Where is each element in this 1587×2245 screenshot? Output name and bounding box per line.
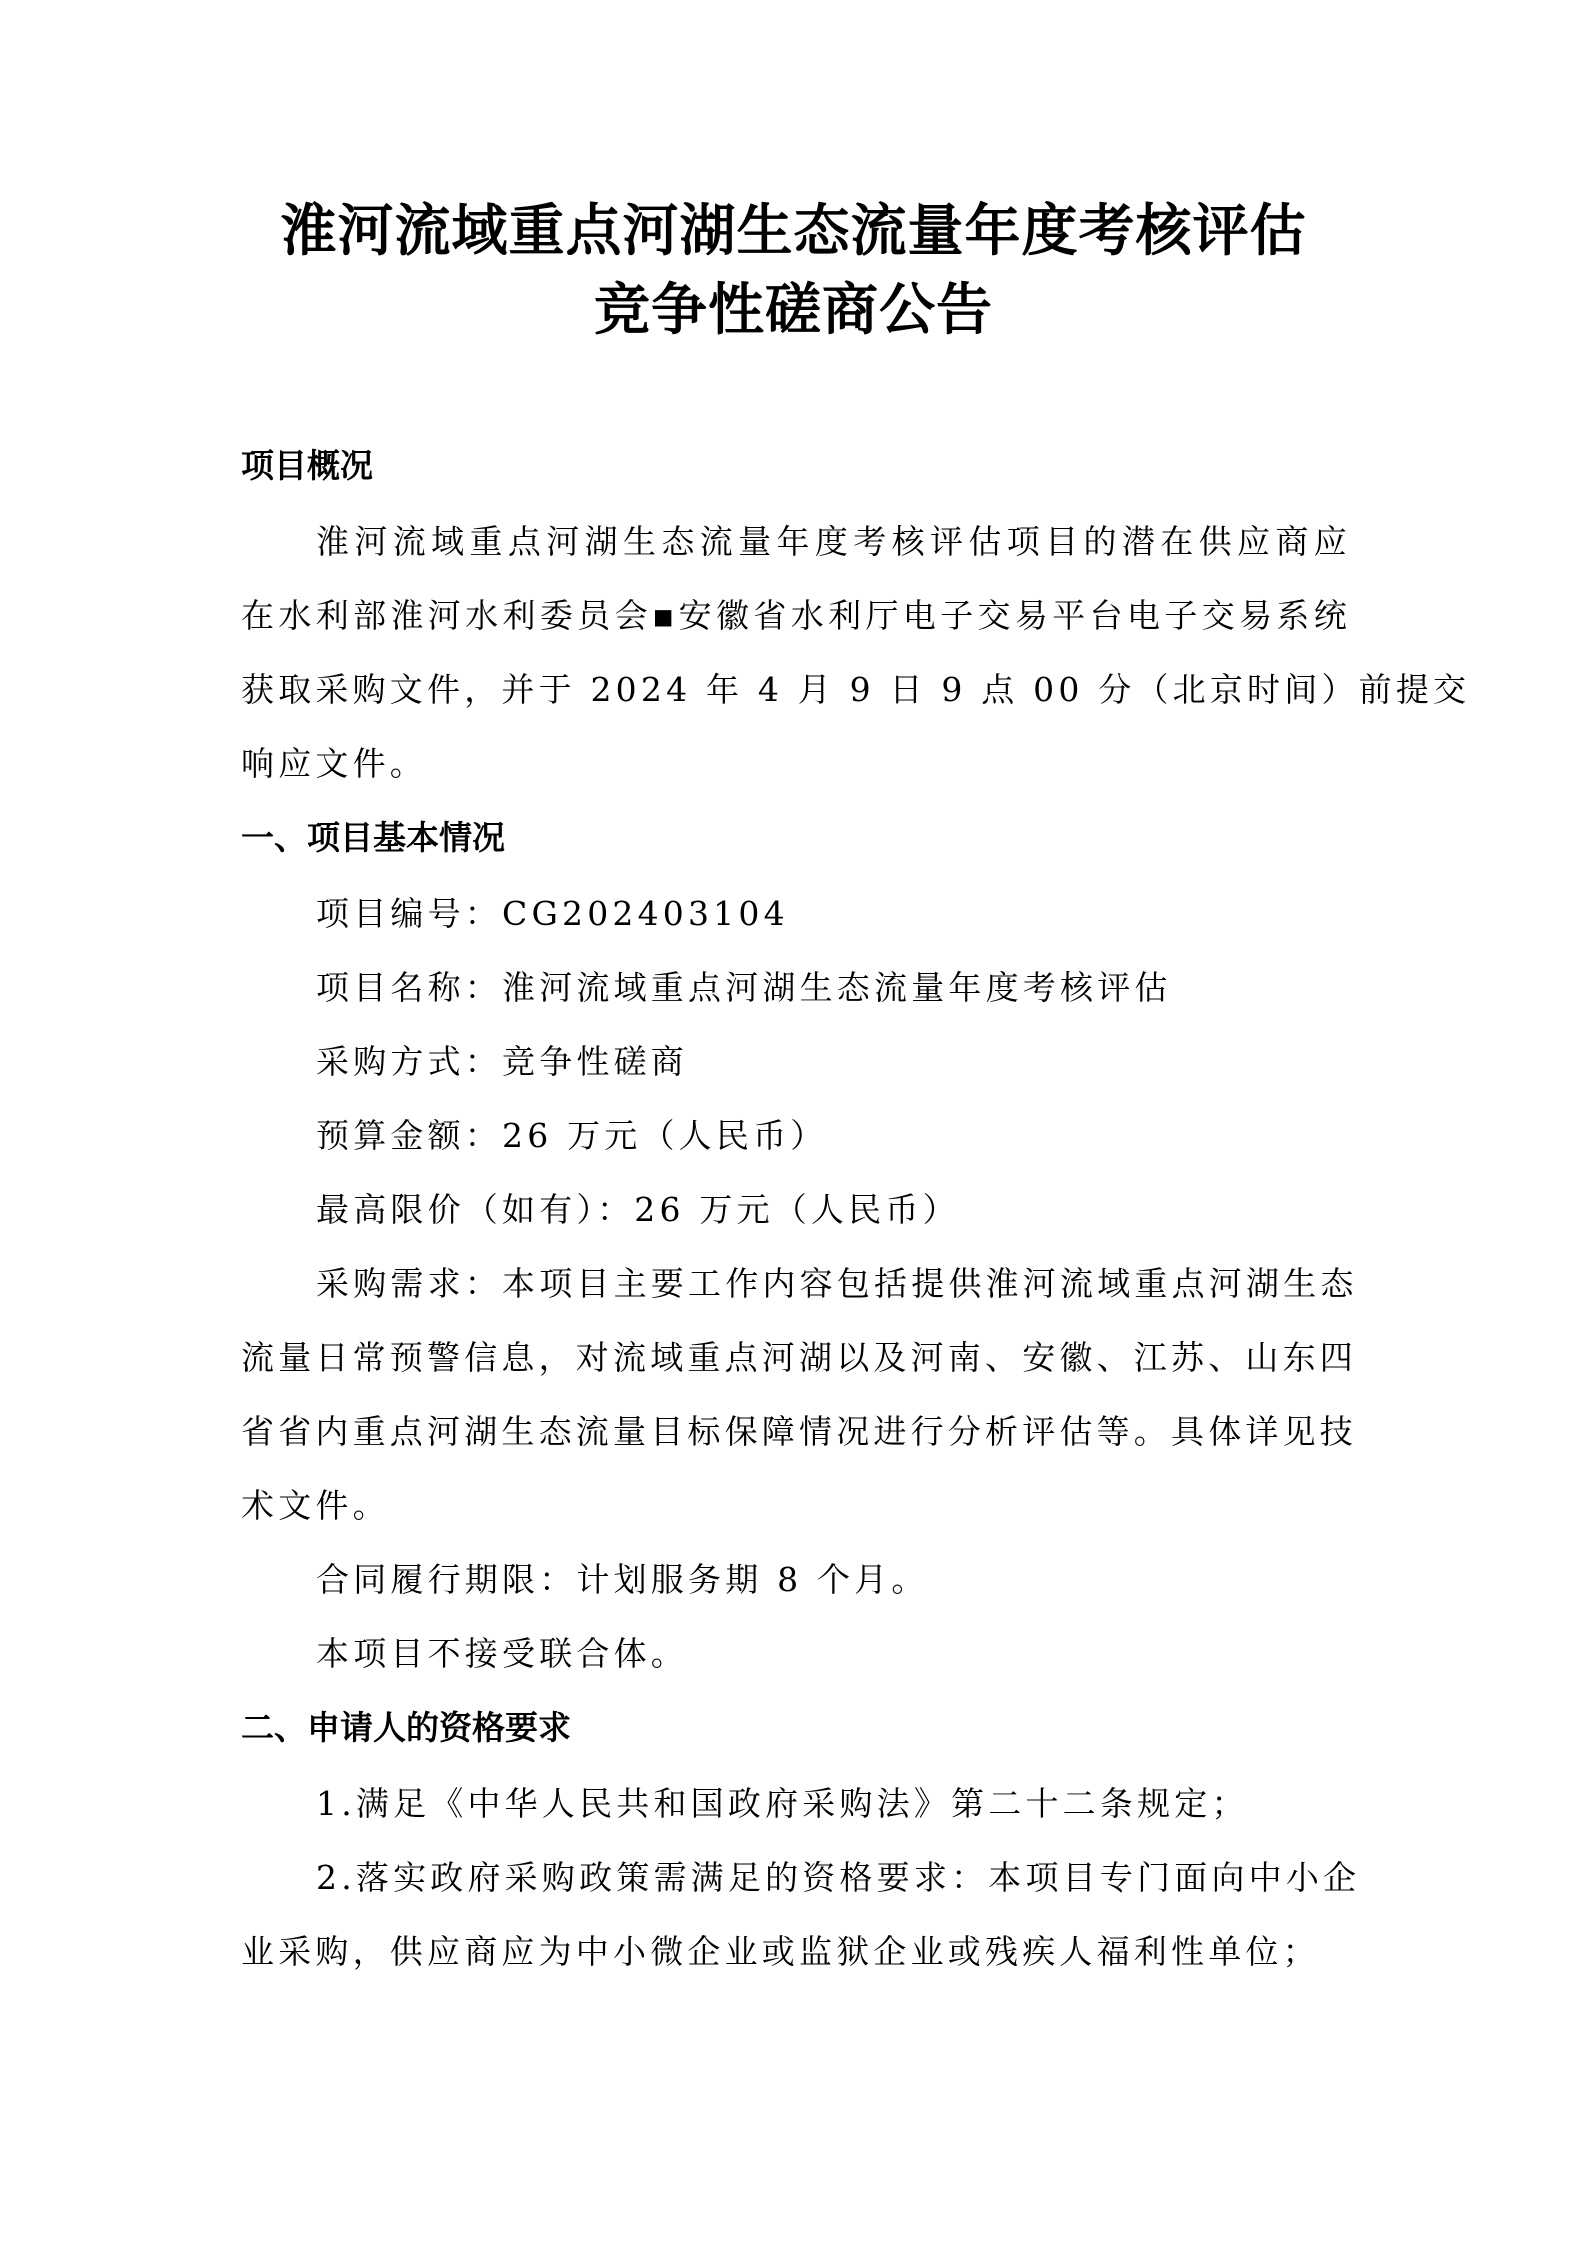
project-number: 项目编号：CG202403104: [316, 892, 789, 936]
overview-line-4: 响应文件。: [241, 742, 427, 786]
document-title-line-2: 竞争性磋商公告: [0, 275, 1587, 347]
contract-period: 合同履行期限：计划服务期 8 个月。: [316, 1558, 929, 1602]
document-page: 淮河流域重点河湖生态流量年度考核评估 竞争性磋商公告 项目概况 淮河流域重点河湖…: [0, 0, 1587, 2245]
qualification-item-2-line-2: 业采购，供应商应为中小微企业或监狱企业或残疾人福利性单位；: [241, 1930, 1320, 1974]
qualification-item-2-line-1: 2.落实政府采购政策需满足的资格要求：本项目专门面向中小企: [316, 1856, 1351, 1900]
procurement-method: 采购方式：竞争性磋商: [316, 1040, 688, 1084]
consortium-note: 本项目不接受联合体。: [316, 1632, 688, 1676]
section-1-heading: 一、项目基本情况: [241, 816, 505, 860]
budget-amount: 预算金额：26 万元（人民币）: [316, 1114, 827, 1158]
section-2-heading: 二、申请人的资格要求: [241, 1706, 571, 1750]
overview-heading: 项目概况: [241, 444, 373, 488]
max-price: 最高限价（如有）：26 万元（人民币）: [316, 1188, 960, 1232]
requirements-line-4: 术文件。: [241, 1484, 390, 1528]
project-name: 项目名称：淮河流域重点河湖生态流量年度考核评估: [316, 966, 1172, 1010]
document-title-line-1: 淮河流域重点河湖生态流量年度考核评估: [0, 196, 1587, 268]
requirements-line-1: 采购需求：本项目主要工作内容包括提供淮河流域重点河湖生态: [316, 1262, 1351, 1306]
requirements-line-3: 省省内重点河湖生态流量目标保障情况进行分析评估等。具体详见技: [241, 1410, 1351, 1454]
overview-line-2: 在水利部淮河水利委员会▪安徽省水利厅电子交易平台电子交易系统: [241, 594, 1351, 638]
overview-line-3: 获取采购文件，并于 2024 年 4 月 9 日 9 点 00 分（北京时间）前…: [241, 668, 1351, 712]
qualification-item-1: 1.满足《中华人民共和国政府采购法》第二十二条规定；: [316, 1782, 1249, 1826]
requirements-line-2: 流量日常预警信息，对流域重点河湖以及河南、安徽、江苏、山东四: [241, 1336, 1351, 1380]
overview-line-1: 淮河流域重点河湖生态流量年度考核评估项目的潜在供应商应: [316, 520, 1351, 564]
